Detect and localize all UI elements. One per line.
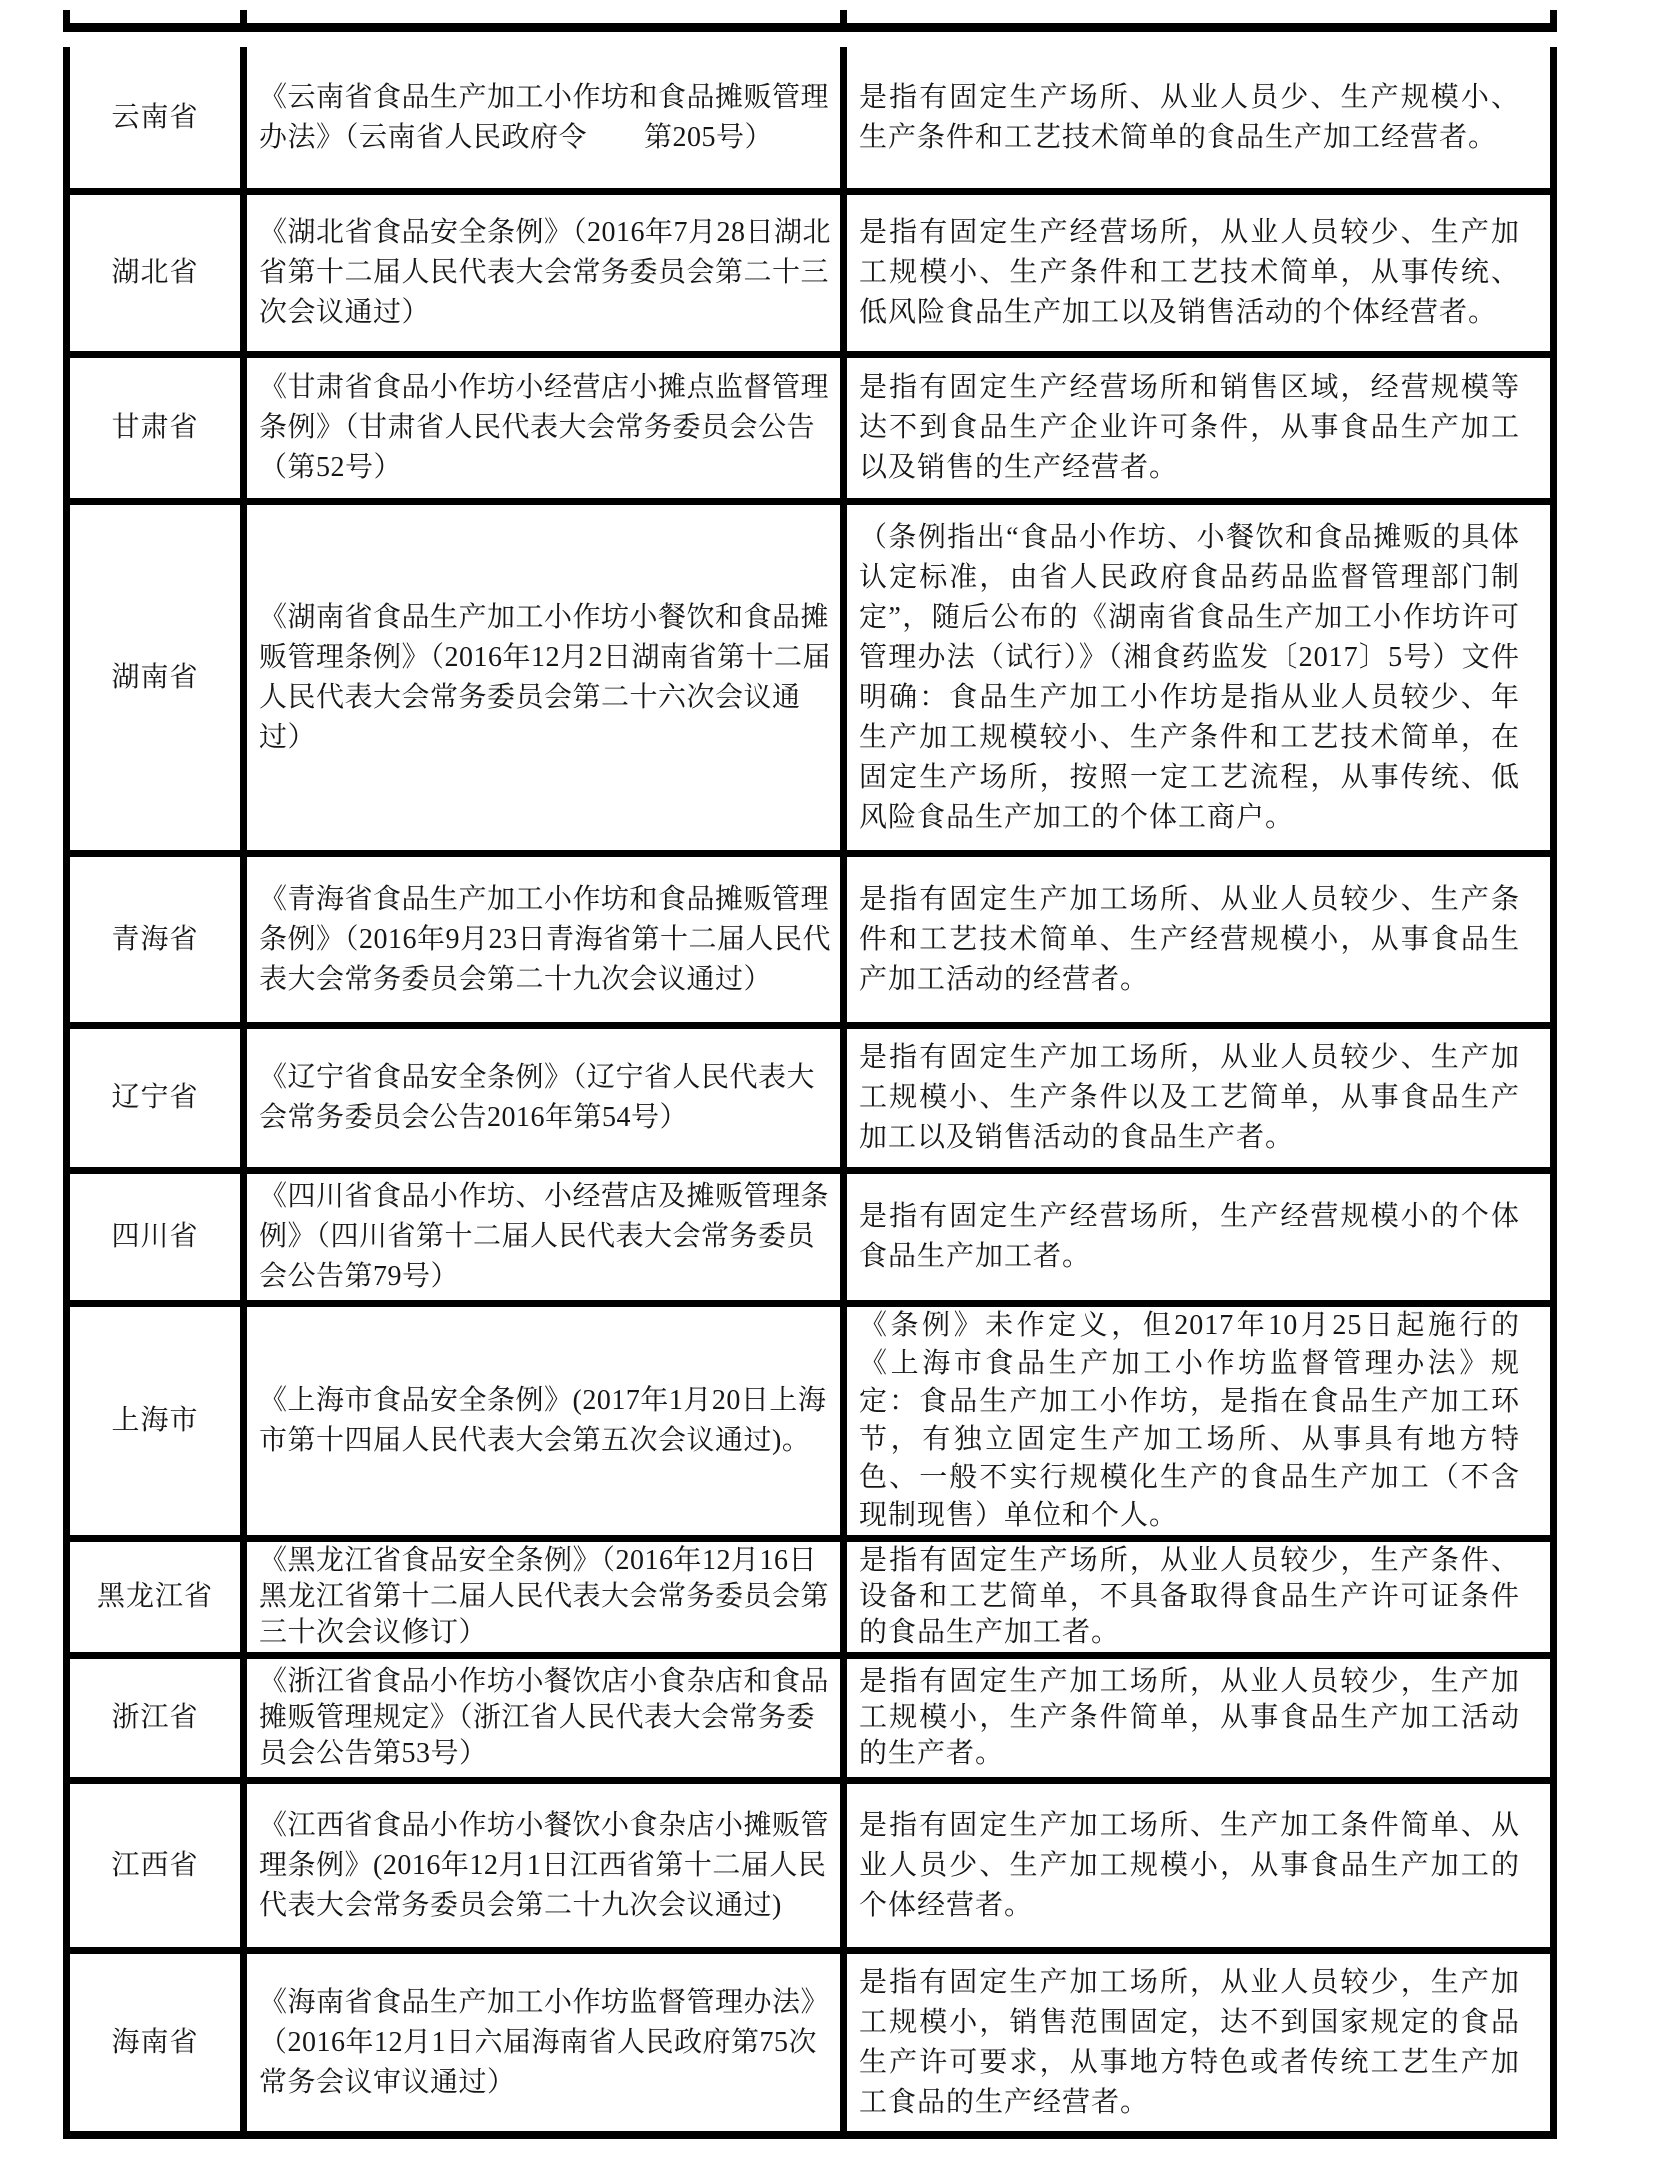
province-cell: 黑龙江省: [70, 1542, 247, 1652]
table-row: 上海市《上海市食品安全条例》(2017年1月20日上海市第十四届人民代表大会第五…: [70, 1307, 1550, 1542]
province-cell: 海南省: [70, 1954, 247, 2131]
definition-text: 是指有固定生产场所、从业人员少、生产规模小、生产条件和工艺技术简单的食品生产加工…: [859, 78, 1520, 158]
province-cell: 甘肃省: [70, 358, 247, 498]
regulation-text: 《云南省食品生产加工小作坊和食品摊贩管理办法》（云南省人民政府令 第205号）: [259, 78, 836, 158]
province-label: 甘肃省: [111, 408, 198, 448]
table-row: 甘肃省《甘肃省食品小作坊小经营店小摊点监督管理条例》（甘肃省人民代表大会常务委员…: [70, 358, 1550, 505]
table-row: 辽宁省《辽宁省食品安全条例》（辽宁省人民代表大会常务委员会公告2016年第54号…: [70, 1029, 1550, 1174]
table-row: 云南省《云南省食品生产加工小作坊和食品摊贩管理办法》（云南省人民政府令 第205…: [70, 47, 1550, 195]
regulation-text: 《甘肃省食品小作坊小经营店小摊点监督管理条例》（甘肃省人民代表大会常务委员会公告…: [259, 368, 836, 488]
regulation-table-body: 云南省《云南省食品生产加工小作坊和食品摊贩管理办法》（云南省人民政府令 第205…: [70, 47, 1550, 2139]
province-label: 四川省: [111, 1217, 198, 1257]
definition-cell: （条例指出“食品小作坊、小餐饮和食品摊贩的具体认定标准，由省人民政府食品药品监督…: [847, 505, 1550, 850]
definition-cell: 《条例》未作定义，但2017年10月25日起施行的《上海市食品生产加工小作坊监督…: [847, 1307, 1550, 1535]
regulation-text: 《辽宁省食品安全条例》（辽宁省人民代表大会常务委员会公告2016年第54号）: [259, 1058, 836, 1138]
table-row: 江西省《江西省食品小作坊小餐饮小食杂店小摊贩管理条例》(2016年12月1日江西…: [70, 1784, 1550, 1954]
province-cell: 浙江省: [70, 1659, 247, 1777]
province-label: 湖北省: [111, 253, 198, 293]
definition-text: 《条例》未作定义，但2017年10月25日起施行的《上海市食品生产加工小作坊监督…: [859, 1307, 1520, 1535]
province-label: 江西省: [111, 1846, 198, 1886]
table-top-border: [63, 23, 1557, 32]
province-label: 湖南省: [111, 658, 198, 698]
definition-text: 是指有固定生产经营场所和销售区域，经营规模等达不到食品生产企业许可条件，从事食品…: [859, 368, 1520, 488]
regulation-text: 《海南省食品生产加工小作坊监督管理办法》（2016年12月1日六届海南省人民政府…: [259, 1983, 836, 2103]
definition-text: 是指有固定生产场所，从业人员较少，生产条件、设备和工艺简单，不具备取得食品生产许…: [859, 1543, 1520, 1651]
definition-cell: 是指有固定生产加工场所，从业人员较少，生产加工规模小，销售范围固定，达不到国家规…: [847, 1954, 1550, 2131]
province-label: 海南省: [111, 2023, 198, 2063]
regulation-cell: 《江西省食品小作坊小餐饮小食杂店小摊贩管理条例》(2016年12月1日江西省第十…: [247, 1784, 847, 1947]
regulation-text: 《黑龙江省食品安全条例》（2016年12月16日黑龙江省第十二届人民代表大会常务…: [259, 1543, 836, 1651]
page-break-line-stub: [240, 10, 247, 23]
definition-text: （条例指出“食品小作坊、小餐饮和食品摊贩的具体认定标准，由省人民政府食品药品监督…: [859, 518, 1520, 838]
regulation-cell: 《湖北省食品安全条例》（2016年7月28日湖北省第十二届人民代表大会常务委员会…: [247, 195, 847, 351]
definition-cell: 是指有固定生产经营场所，生产经营规模小的个体食品生产加工者。: [847, 1174, 1550, 1300]
province-label: 上海市: [111, 1401, 198, 1441]
definition-text: 是指有固定生产加工场所、从业人员较少、生产条件和工艺技术简单、生产经营规模小，从…: [859, 880, 1520, 1000]
province-cell: 辽宁省: [70, 1029, 247, 1167]
definition-text: 是指有固定生产经营场所，从业人员较少、生产加工规模小、生产条件和工艺技术简单，从…: [859, 213, 1520, 333]
province-label: 浙江省: [111, 1700, 198, 1736]
province-cell: 湖北省: [70, 195, 247, 351]
province-cell: 青海省: [70, 857, 247, 1022]
regulation-text: 《湖南省食品生产加工小作坊小餐饮和食品摊贩管理条例》（2016年12月2日湖南省…: [259, 598, 836, 758]
table-row: 海南省《海南省食品生产加工小作坊监督管理办法》（2016年12月1日六届海南省人…: [70, 1954, 1550, 2139]
definition-cell: 是指有固定生产加工场所、生产加工条件简单、从业人员少、生产加工规模小，从事食品生…: [847, 1784, 1550, 1947]
page-break-line-stub: [840, 10, 847, 23]
regulation-cell: 《海南省食品生产加工小作坊监督管理办法》（2016年12月1日六届海南省人民政府…: [247, 1954, 847, 2131]
regulation-cell: 《甘肃省食品小作坊小经营店小摊点监督管理条例》（甘肃省人民代表大会常务委员会公告…: [247, 358, 847, 498]
regulation-cell: 《湖南省食品生产加工小作坊小餐饮和食品摊贩管理条例》（2016年12月2日湖南省…: [247, 505, 847, 850]
regulation-cell: 《云南省食品生产加工小作坊和食品摊贩管理办法》（云南省人民政府令 第205号）: [247, 47, 847, 188]
province-cell: 上海市: [70, 1307, 247, 1535]
province-label: 黑龙江省: [97, 1579, 213, 1615]
page-break-line-stub: [63, 10, 70, 23]
table-row: 四川省《四川省食品小作坊、小经营店及摊贩管理条例》（四川省第十二届人民代表大会常…: [70, 1174, 1550, 1307]
regulation-cell: 《黑龙江省食品安全条例》（2016年12月16日黑龙江省第十二届人民代表大会常务…: [247, 1542, 847, 1652]
regulation-cell: 《上海市食品安全条例》(2017年1月20日上海市第十四届人民代表大会第五次会议…: [247, 1307, 847, 1535]
regulation-text: 《湖北省食品安全条例》（2016年7月28日湖北省第十二届人民代表大会常务委员会…: [259, 213, 836, 333]
definition-cell: 是指有固定生产加工场所、从业人员较少、生产条件和工艺技术简单、生产经营规模小，从…: [847, 857, 1550, 1022]
definition-cell: 是指有固定生产场所、从业人员少、生产规模小、生产条件和工艺技术简单的食品生产加工…: [847, 47, 1550, 188]
regulation-cell: 《四川省食品小作坊、小经营店及摊贩管理条例》（四川省第十二届人民代表大会常务委员…: [247, 1174, 847, 1300]
definition-cell: 是指有固定生产加工场所，从业人员较少，生产加工规模小，生产条件简单，从事食品生产…: [847, 1659, 1550, 1777]
table-row: 湖北省《湖北省食品安全条例》（2016年7月28日湖北省第十二届人民代表大会常务…: [70, 195, 1550, 358]
definition-text: 是指有固定生产加工场所，从业人员较少、生产加工规模小、生产条件以及工艺简单，从事…: [859, 1038, 1520, 1158]
province-cell: 四川省: [70, 1174, 247, 1300]
table-row: 浙江省《浙江省食品小作坊小餐饮店小食杂店和食品摊贩管理规定》（浙江省人民代表大会…: [70, 1659, 1550, 1784]
regulation-text: 《四川省食品小作坊、小经营店及摊贩管理条例》（四川省第十二届人民代表大会常务委员…: [259, 1177, 836, 1297]
page-break-line-stub: [1550, 10, 1557, 23]
province-label: 青海省: [111, 920, 198, 960]
regulation-cell: 《青海省食品生产加工小作坊和食品摊贩管理条例》（2016年9月23日青海省第十二…: [247, 857, 847, 1022]
regulation-text: 《青海省食品生产加工小作坊和食品摊贩管理条例》（2016年9月23日青海省第十二…: [259, 880, 836, 1000]
province-cell: 云南省: [70, 47, 247, 188]
definition-text: 是指有固定生产经营场所，生产经营规模小的个体食品生产加工者。: [859, 1197, 1520, 1277]
definition-text: 是指有固定生产加工场所，从业人员较少，生产加工规模小，销售范围固定，达不到国家规…: [859, 1963, 1520, 2123]
regulation-text: 《江西省食品小作坊小餐饮小食杂店小摊贩管理条例》(2016年12月1日江西省第十…: [259, 1806, 836, 1926]
document-page: 云南省《云南省食品生产加工小作坊和食品摊贩管理办法》（云南省人民政府令 第205…: [0, 0, 1654, 2163]
regulation-text: 《浙江省食品小作坊小餐饮店小食杂店和食品摊贩管理规定》（浙江省人民代表大会常务委…: [259, 1664, 836, 1772]
definition-cell: 是指有固定生产经营场所和销售区域，经营规模等达不到食品生产企业许可条件，从事食品…: [847, 358, 1550, 498]
province-label: 云南省: [111, 98, 198, 138]
regulation-table: 云南省《云南省食品生产加工小作坊和食品摊贩管理办法》（云南省人民政府令 第205…: [63, 47, 1557, 2139]
province-cell: 江西省: [70, 1784, 247, 1947]
regulation-cell: 《浙江省食品小作坊小餐饮店小食杂店和食品摊贩管理规定》（浙江省人民代表大会常务委…: [247, 1659, 847, 1777]
table-row: 青海省《青海省食品生产加工小作坊和食品摊贩管理条例》（2016年9月23日青海省…: [70, 857, 1550, 1029]
table-row: 湖南省《湖南省食品生产加工小作坊小餐饮和食品摊贩管理条例》（2016年12月2日…: [70, 505, 1550, 857]
definition-text: 是指有固定生产加工场所、生产加工条件简单、从业人员少、生产加工规模小，从事食品生…: [859, 1806, 1520, 1926]
definition-text: 是指有固定生产加工场所，从业人员较少，生产加工规模小，生产条件简单，从事食品生产…: [859, 1664, 1520, 1772]
regulation-cell: 《辽宁省食品安全条例》（辽宁省人民代表大会常务委员会公告2016年第54号）: [247, 1029, 847, 1167]
province-cell: 湖南省: [70, 505, 247, 850]
definition-cell: 是指有固定生产经营场所，从业人员较少、生产加工规模小、生产条件和工艺技术简单，从…: [847, 195, 1550, 351]
definition-cell: 是指有固定生产场所，从业人员较少，生产条件、设备和工艺简单，不具备取得食品生产许…: [847, 1542, 1550, 1652]
definition-cell: 是指有固定生产加工场所，从业人员较少、生产加工规模小、生产条件以及工艺简单，从事…: [847, 1029, 1550, 1167]
table-row: 黑龙江省《黑龙江省食品安全条例》（2016年12月16日黑龙江省第十二届人民代表…: [70, 1542, 1550, 1659]
province-label: 辽宁省: [111, 1078, 198, 1118]
regulation-text: 《上海市食品安全条例》(2017年1月20日上海市第十四届人民代表大会第五次会议…: [259, 1381, 836, 1461]
